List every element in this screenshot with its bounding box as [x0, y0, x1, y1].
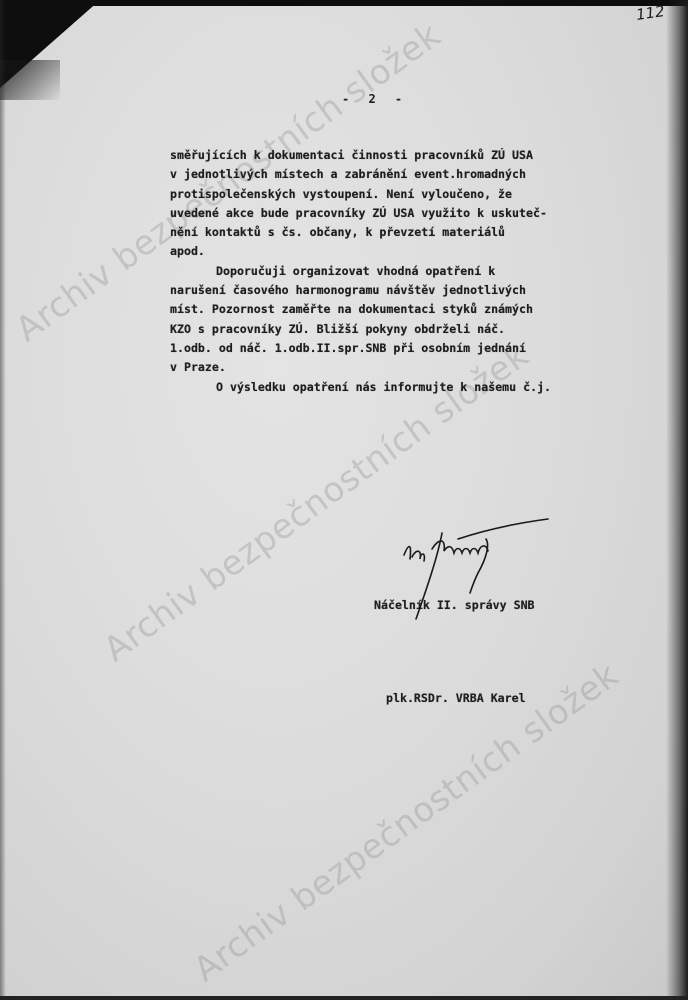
body-line: Doporučuji organizovat vhodná opatření k — [170, 262, 630, 281]
scan-bottom-border — [0, 996, 688, 1000]
body-line: protispolečenských vystoupení. Není vylo… — [170, 185, 630, 204]
signatory-name: plk.RSDr. VRBA Karel — [374, 683, 535, 714]
scan-left-border — [0, 0, 6, 1000]
body-line: KZO s pracovníky ZÚ. Bližší pokyny obdrž… — [170, 320, 630, 339]
signature-block: Náčelník II. správy SNB plk.RSDr. VRBA K… — [374, 528, 535, 776]
body-line: v jednotlivých místech a zabránění event… — [170, 165, 630, 184]
letter-body: směřujících k dokumentaci činnosti praco… — [170, 146, 630, 397]
body-line: míst. Pozornost zaměřte na dokumentaci s… — [170, 300, 630, 319]
body-line: O výsledku opatření nás informujte k naš… — [170, 378, 630, 397]
body-line: narušení časového harmonogramu návštěv j… — [170, 281, 630, 300]
scanned-document-page: Archiv bezpečnostních složek Archiv bezp… — [0, 0, 688, 1000]
page-number: - 2 - — [342, 92, 408, 106]
signatory-title: Náčelník II. správy SNB — [374, 590, 535, 621]
scan-top-border — [0, 0, 688, 6]
body-line: 1.odb. od náč. 1.odb.II.spr.SNB při osob… — [170, 339, 630, 358]
body-line: v Praze. — [170, 358, 630, 377]
body-line: apod. — [170, 242, 630, 261]
scan-right-border — [666, 0, 688, 1000]
body-line: uvedené akce bude pracovníky ZÚ USA využ… — [170, 204, 630, 223]
folio-number: 112 — [635, 2, 666, 24]
body-line: nění kontaktů s čs. občany, k převzetí m… — [170, 223, 630, 242]
body-line: směřujících k dokumentaci činnosti praco… — [170, 146, 630, 165]
corner-shade — [0, 60, 60, 100]
